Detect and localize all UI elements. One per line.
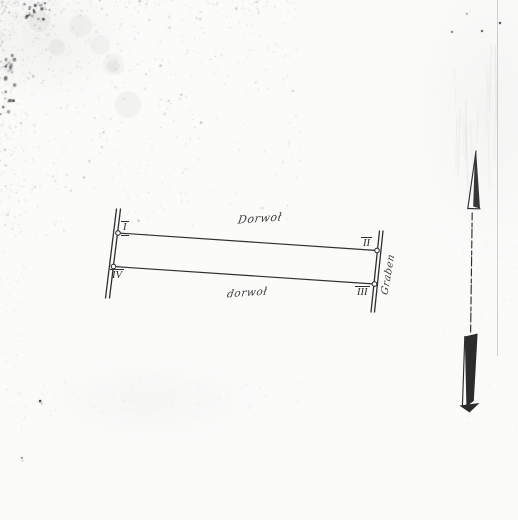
north-arrow-icon: [460, 151, 481, 413]
scanned-survey-sketch-page: Dorwoł dorwoł Graben I II III IV: [0, 0, 518, 520]
point-label-I: I: [121, 221, 129, 236]
survey-point-III: [372, 282, 377, 287]
point-label-II: II: [361, 237, 372, 250]
point-label-III: III: [355, 286, 370, 299]
north-arrow-feather: [465, 334, 478, 407]
right-boundary-double-line: [371, 231, 383, 312]
survey-point-I: [116, 231, 121, 236]
parcel-outline: [114, 233, 378, 284]
survey-point-II: [375, 248, 380, 253]
survey-point-markers: [111, 231, 379, 287]
point-label-IV: IV: [110, 269, 124, 282]
north-arrow-shaft: [471, 213, 473, 334]
left-boundary-double-line: [106, 209, 121, 298]
survey-sketch-drawing: [0, 0, 518, 520]
